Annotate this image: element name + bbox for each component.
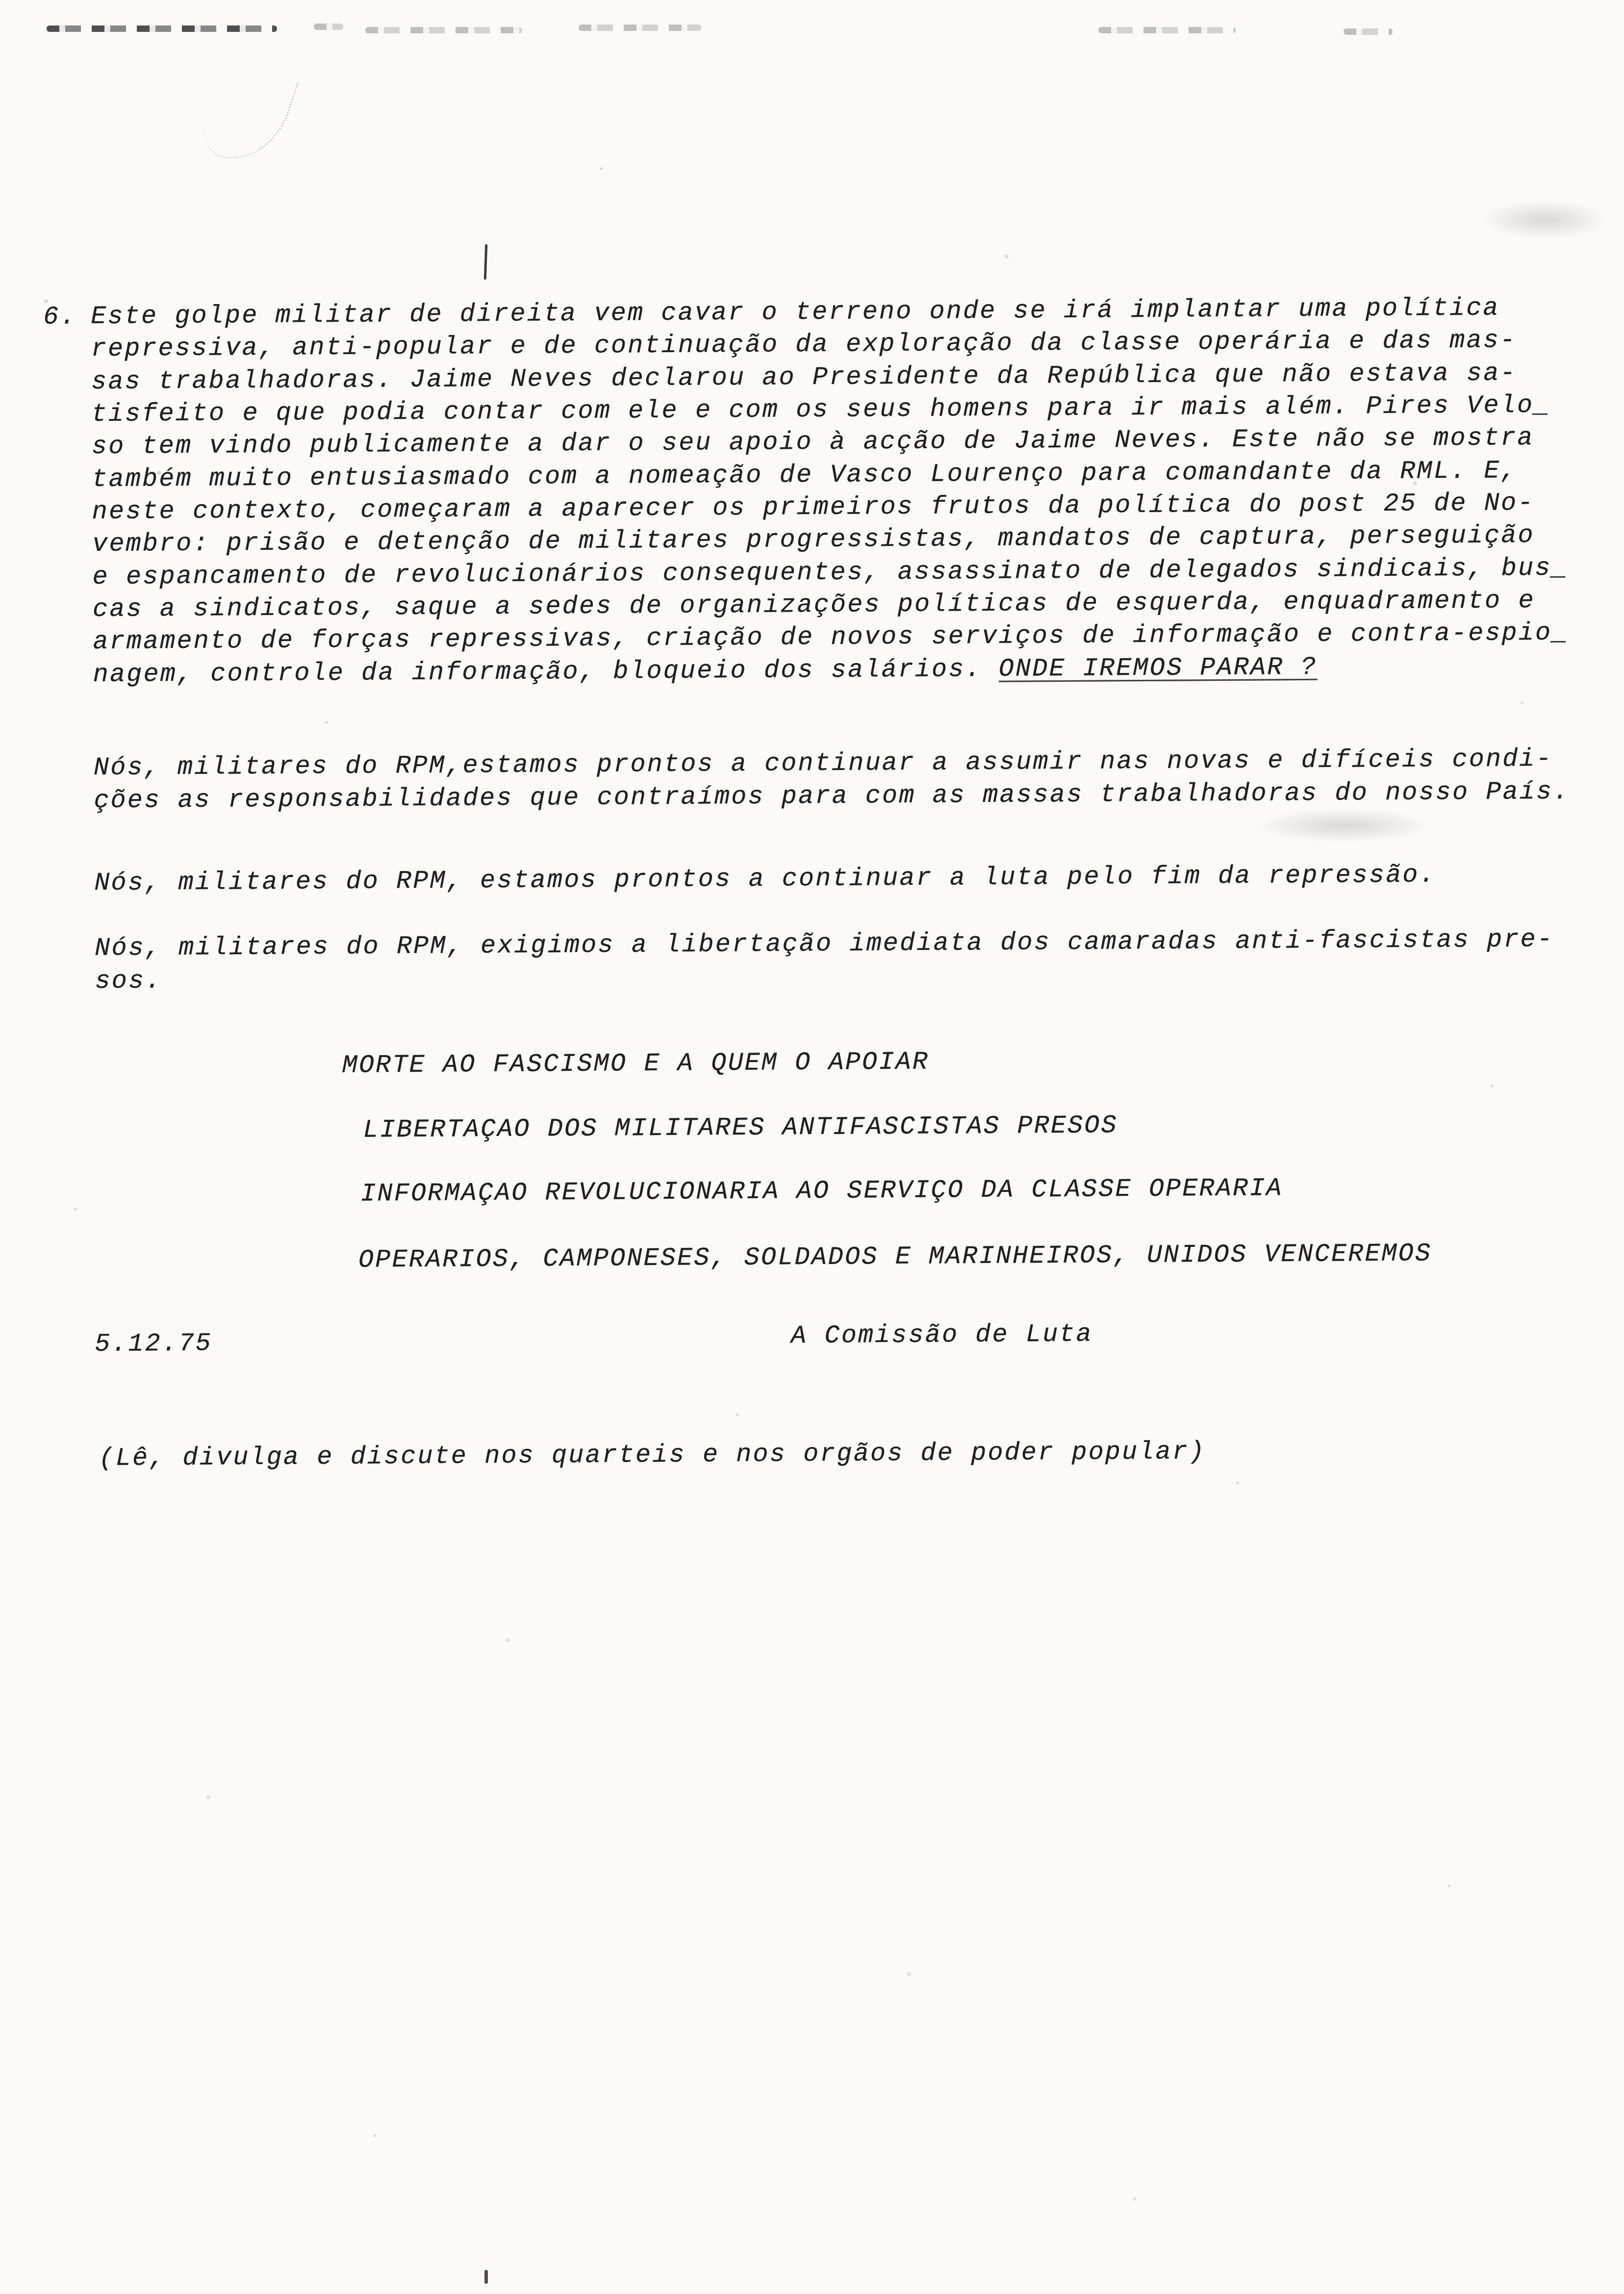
- paragraph6-line: sas trabalhadoras. Jaime Neves declarou …: [91, 359, 1517, 396]
- paragraph6-line: também muito entusiasmado com a nomeação…: [92, 457, 1518, 493]
- scanned-leaflet-page: 6. Este golpe militar de direita vem cav…: [0, 0, 1624, 2294]
- paragraph6-line: tisfeito e que podia contar com ele e co…: [91, 391, 1550, 428]
- date-stamp: 5.12.75: [95, 1330, 212, 1359]
- rpm-paragraph-line: ções as responsabilidades que contraímos…: [94, 778, 1570, 815]
- rpm-paragraph-line: Nós, militares do RPM, exigimos a libert…: [95, 926, 1554, 962]
- emphasized-question: ONDE IREMOS PARAR ?: [999, 653, 1318, 684]
- slogan-line: OPERARIOS, CAMPONESES, SOLDADOS E MARINH…: [358, 1239, 1432, 1274]
- footnote-line: (Lê, divulga e discute nos quarteis e no…: [99, 1438, 1206, 1472]
- rpm-paragraph-line: Nós, militares do RPM,estamos prontos a …: [94, 745, 1553, 782]
- paragraph6-line: repressiva, anti-popular e de continuaçã…: [91, 326, 1517, 363]
- paragraph-number: 6.: [43, 303, 77, 331]
- paragraph6-line: vembro: prisão e detenção de militares p…: [92, 521, 1535, 558]
- paragraph6-line: neste contexto, começaram a aparecer os …: [92, 489, 1535, 526]
- paragraph6-line: cas a sindicatos, saque a sedes de organ…: [93, 587, 1535, 623]
- signature-line: A Comissão de Luta: [791, 1320, 1093, 1350]
- rpm-paragraph-line: Nós, militares do RPM, estamos prontos a…: [94, 861, 1436, 897]
- paragraph6-line: so tem vindo publicamente a dar o seu ap…: [92, 424, 1534, 461]
- document-content: 6. Este golpe militar de direita vem cav…: [0, 0, 1624, 2294]
- paragraph6-line: armamento de forças repressivas, criação…: [93, 619, 1569, 656]
- slogan-line: LIBERTAÇAO DOS MILITARES ANTIFASCISTAS P…: [363, 1111, 1118, 1144]
- slogan-line: MORTE AO FASCISMO E A QUEM O APOIAR: [342, 1048, 929, 1080]
- paragraph6-line: e espancamento de revolucionários conseq…: [92, 554, 1568, 592]
- slogan-line: INFORMAÇAO REVOLUCIONARIA AO SERVIÇO DA …: [360, 1174, 1283, 1208]
- paragraph6-line: Este golpe militar de direita vem cavar …: [91, 294, 1500, 331]
- paragraph6-line-final: nagem, controle da informação, bloqueio …: [93, 653, 1318, 689]
- rpm-paragraph-line: sos.: [95, 967, 162, 995]
- line-text: nagem, controle da informação, bloqueio …: [93, 655, 999, 689]
